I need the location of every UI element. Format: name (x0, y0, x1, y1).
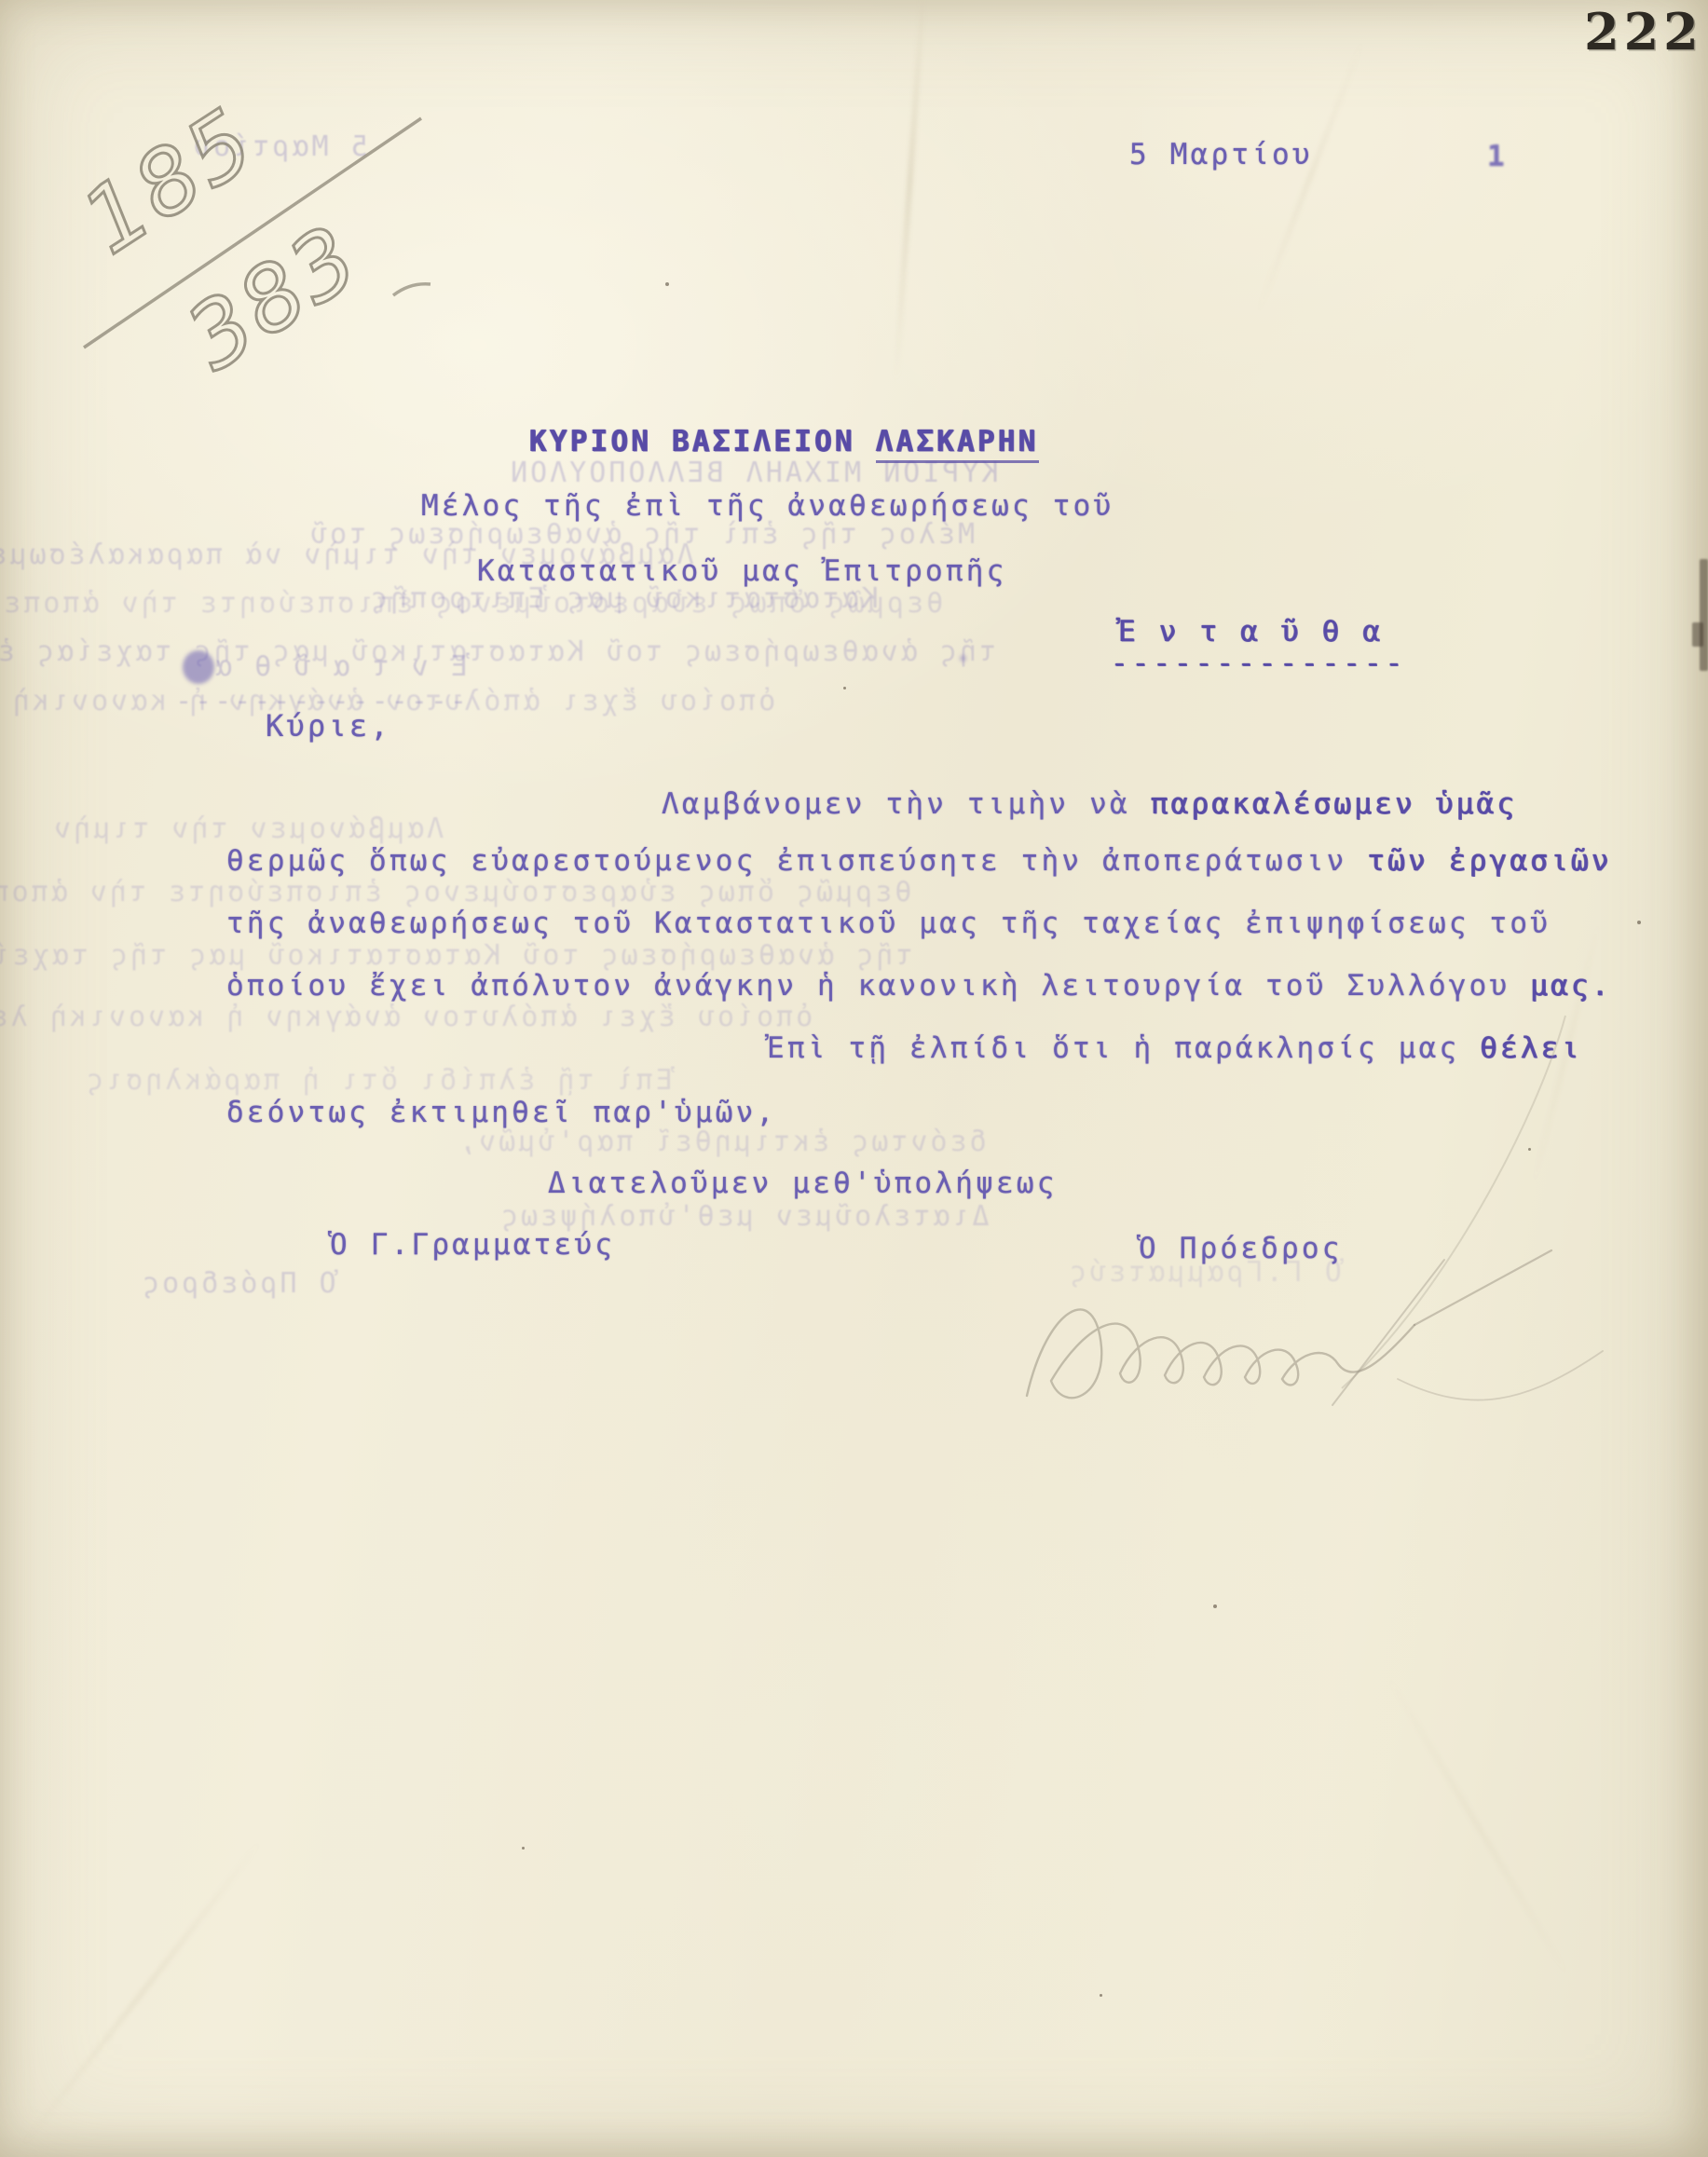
recipient-role-line-1: Μέλος τῆς ἐπὶ τῆς ἀναθεωρήσεως τοῦ (421, 489, 1114, 523)
recipient-surname: ΛΑΣΚΑΡΗΝ (876, 425, 1039, 463)
ink-speck (665, 282, 669, 286)
body-line-4-text: ὁποίου ἔχει ἀπόλυτον ἀνάγκην ἡ κανονικὴ … (226, 969, 1530, 1003)
location-underline: -------------- (1111, 647, 1406, 680)
scan-edge-artifact (1700, 559, 1708, 671)
ghost-text: δεόντως ἐκτιμηθεῖ παρ'ὑμῶν, (457, 1126, 987, 1158)
location-line: Ἐ ν τ α ῦ θ α (1118, 615, 1383, 648)
pencil-reference-fraction: 185 383 (65, 98, 494, 387)
ghost-text: θερμῶς ὅπως εὐαρεστούμενος ἐπισπεύσητε τ… (0, 587, 943, 620)
ink-speck (1528, 1148, 1531, 1151)
pencil-denominator: 383 (170, 204, 379, 390)
ghost-text: Ἐπὶ τῇ ἐλπίδι ὅτι ἡ παράκλησις (84, 1064, 673, 1097)
recipient-role-line-2: Καταστατικοῦ μας Ἐπιτροπῆς (477, 554, 1006, 588)
body-line-2-text: θερμῶς ὅπως εὐαρεστούμενος ἐπισπεύσητε τ… (226, 844, 1367, 878)
paper-crease (1386, 1674, 1569, 1979)
ghost-text: ὁποίου ἔχει ἀπόλυτον ἀνάγκην ἡ κανονικὴ … (0, 1001, 813, 1033)
body-line-4-heavy: μας. (1530, 969, 1611, 1003)
ink-speck (1100, 1994, 1102, 1997)
body-line-1-text: Λαμβάνομεν τὴν τιμὴν νὰ (662, 787, 1151, 821)
ghost-text: Ὁ Πρόεδρος (140, 1267, 336, 1300)
paper-crease (895, 0, 925, 382)
ink-speck (843, 687, 846, 689)
stray-digit: 1 (1487, 140, 1508, 173)
body-line-2-heavy: τῶν ἐργασιῶν (1367, 844, 1611, 878)
recipient-name: ΚΥΡΙΟΝ ΒΑΣΙΛΕΙΟΝ ΛΑΣΚΑΡΗΝ (529, 425, 1039, 458)
closing-line: Διατελοῦμεν μεθ'ὑπολήψεως (548, 1167, 1058, 1200)
ghost-text: τῆς ἀναθεωρήσεως τοῦ Καταστατικοῦ μας τῆ… (0, 635, 996, 668)
scanned-letter-page: 5 Μαρτίου ΚΥΡΙΟΝ ΜΙΧΑΗΛ ΒΕΛΛΟΠΟΥΛΟΝ Μέλο… (0, 0, 1708, 2157)
body-line-3: τῆς ἀναθεωρήσεως τοῦ Καταστατικοῦ μας τῆ… (226, 907, 1551, 940)
scan-edge-artifact (1692, 622, 1703, 647)
date-line: 5 Μαρτίου (1129, 138, 1313, 171)
ink-speck (1637, 921, 1641, 924)
body-line-4: ὁποίου ἔχει ἀπόλυτον ἀνάγκην ἡ κανονικὴ … (226, 969, 1612, 1003)
recipient-name-prefix: ΚΥΡΙΟΝ ΒΑΣΙΛΕΙΟΝ (529, 425, 876, 458)
ghost-text: τῆς ἀναθεωρήσεως τοῦ Καταστατικοῦ μας τῆ… (0, 939, 912, 972)
paper-crease (1256, 37, 1365, 316)
secretary-title: Ὁ Γ.Γραμματεύς (330, 1228, 615, 1262)
body-line-6-text: δεόντως ἐκτιμηθεῖ παρ'ὑμῶν, (226, 1096, 776, 1129)
paper-crease (20, 1839, 263, 2150)
ink-dot (960, 655, 966, 662)
pencil-crease-line (1332, 1016, 1705, 1407)
body-line-1-heavy: παρακαλέσωμεν ὑμᾶς (1151, 787, 1518, 821)
pencil-numerator: 185 (65, 88, 275, 274)
ghost-text: Λαμβάνομεν τὴν τιμὴν (51, 812, 444, 845)
body-line-3-text: τῆς ἀναθεωρήσεως τοῦ Καταστατικοῦ μας τῆ… (226, 907, 1551, 940)
ink-speck (1213, 1604, 1217, 1608)
body-line-2: θερμῶς ὅπως εὐαρεστούμενος ἐπισπεύσητε τ… (226, 844, 1612, 878)
ghost-text: θερμῶς ὅπως εὐαρεστούμενος ἐπισπεύσητε τ… (0, 876, 911, 908)
body-line-1: Λαμβάνομεν τὴν τιμὴν νὰ παρακαλέσωμεν ὑμ… (662, 787, 1517, 821)
ink-blot (183, 650, 214, 684)
salutation: Κύριε, (266, 708, 391, 744)
folio-page-number: 222 (1584, 2, 1703, 61)
body-line-6: δεόντως ἐκτιμηθεῖ παρ'ὑμῶν, (226, 1096, 776, 1129)
ink-speck (522, 1847, 525, 1850)
